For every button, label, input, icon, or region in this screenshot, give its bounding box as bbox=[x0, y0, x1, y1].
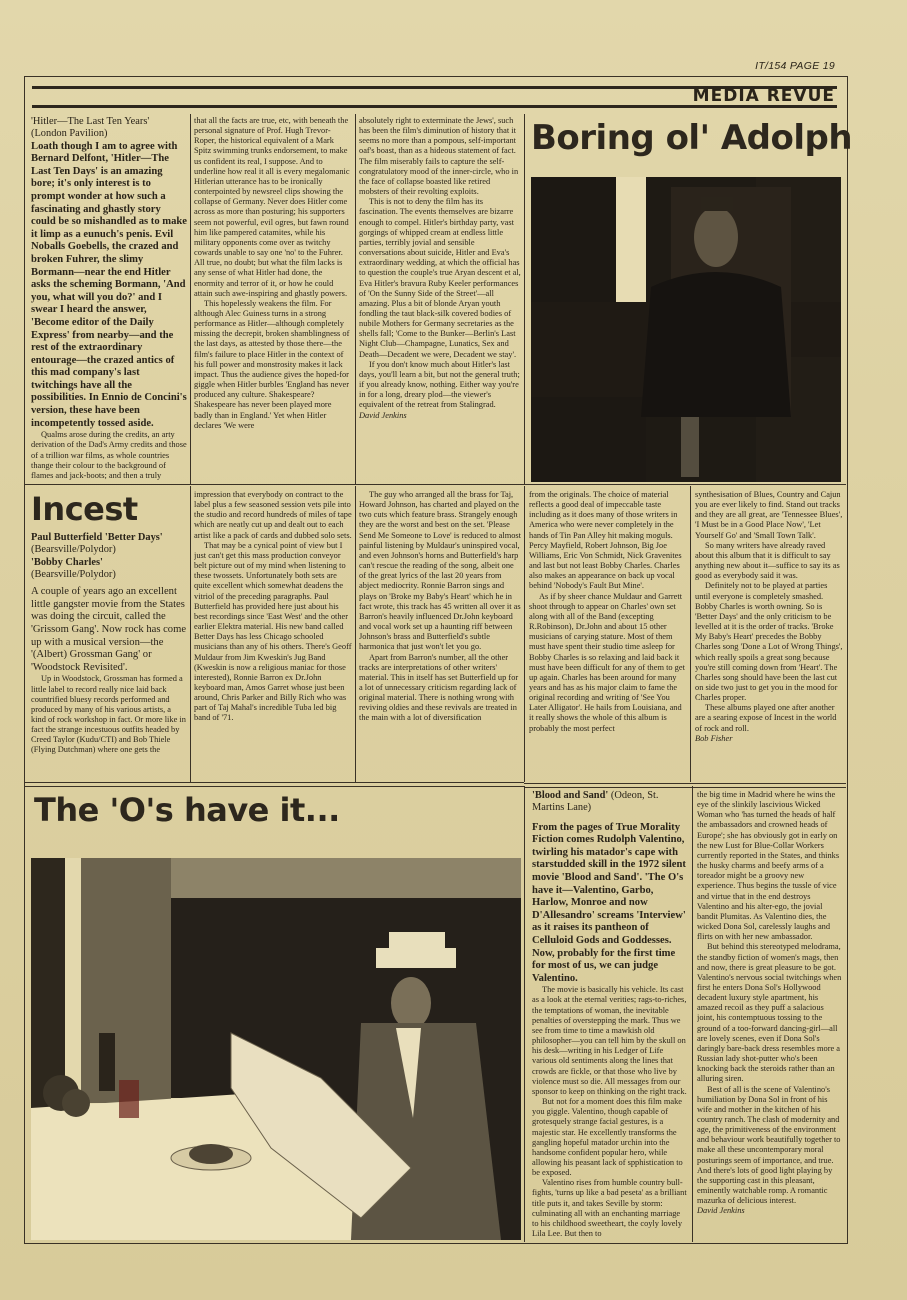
film-title: 'Hitler—The Last Ten Years' bbox=[31, 116, 187, 128]
body-paragraph: This is not to deny the film has its fas… bbox=[359, 197, 522, 360]
incest-col-3: The guy who arranged all the brass for T… bbox=[359, 490, 522, 780]
valentino-photo bbox=[31, 858, 521, 1240]
album-1-label: (Bearsville/Polydor) bbox=[31, 544, 187, 556]
valentino-col-2: the big time in Madrid where he wins the… bbox=[697, 790, 843, 1242]
body-paragraph: the big time in Madrid where he wins the… bbox=[697, 790, 843, 942]
byline: David Jenkins bbox=[697, 1206, 843, 1216]
column-divider bbox=[355, 486, 356, 782]
body-paragraph: Best of all is the scene of Valentino's … bbox=[697, 1085, 843, 1207]
column-divider bbox=[524, 786, 525, 1242]
headline-boring-ol-adolph: Boring ol' Adolph bbox=[531, 118, 852, 158]
column-divider bbox=[190, 114, 191, 484]
lead-paragraph: A couple of years ago an excellent littl… bbox=[31, 586, 187, 674]
incest-col-2: impression that everybody on contract to… bbox=[194, 490, 352, 780]
film-venue: (London Pavilion) bbox=[31, 128, 187, 140]
body-paragraph: So many writers have already raved about… bbox=[695, 541, 843, 582]
body-paragraph: Qualms arose during the credits, an arty… bbox=[31, 430, 187, 482]
hitler-photo bbox=[531, 177, 841, 482]
section-rule bbox=[24, 782, 524, 787]
body-paragraph: Valentino rises from humble country bull… bbox=[532, 1178, 688, 1239]
incest-col-1: Paul Butterfield 'Better Days' (Bearsvil… bbox=[31, 532, 187, 780]
page-number: IT/154 PAGE 19 bbox=[755, 60, 835, 72]
album-2-title: 'Bobby Charles' bbox=[31, 557, 103, 568]
column-divider bbox=[190, 486, 191, 782]
byline: Bob Fisher bbox=[695, 734, 843, 744]
lead-paragraph: From the pages of True Morality Fiction … bbox=[532, 822, 688, 986]
body-paragraph: impression that everybody on contract to… bbox=[194, 490, 352, 541]
album-list: Paul Butterfield 'Better Days' (Bearsvil… bbox=[31, 532, 187, 581]
body-paragraph: Definitely not to be played at parties u… bbox=[695, 581, 843, 703]
headline-incest: Incest bbox=[31, 490, 138, 528]
body-paragraph: The movie is basically his vehicle. Its … bbox=[532, 985, 688, 1097]
column-divider bbox=[690, 486, 691, 782]
body-paragraph: As if by sheer chance Muldaur and Garret… bbox=[529, 592, 687, 734]
album-1-title: Paul Butterfield 'Better Days' bbox=[31, 532, 163, 543]
section-masthead: MEDIA REVUE bbox=[693, 86, 835, 106]
section-rule bbox=[24, 484, 846, 485]
hitler-col-1: 'Hitler—The Last Ten Years' (London Pavi… bbox=[31, 116, 187, 482]
album-2-label: (Bearsville/Polydor) bbox=[31, 569, 116, 580]
valentino-col-1: 'Blood and Sand' (Odeon, St. Martins Lan… bbox=[532, 790, 688, 1242]
valentino-title-block: 'Blood and Sand' (Odeon, St. Martins Lan… bbox=[532, 790, 688, 815]
body-paragraph: But behind this stereotyped melodrama, t… bbox=[697, 942, 843, 1084]
body-paragraph: that all the facts are true, etc, with b… bbox=[194, 116, 352, 299]
headline-the-os-have-it: The 'O's have it... bbox=[34, 790, 340, 830]
body-paragraph: synthesisation of Blues, Country and Caj… bbox=[695, 490, 843, 541]
body-paragraph: But not for a moment does this film make… bbox=[532, 1097, 688, 1178]
valentino-newspaper-image bbox=[31, 858, 521, 1240]
incest-col-5: synthesisation of Blues, Country and Caj… bbox=[695, 490, 843, 782]
body-paragraph: That may be a cynical point of view but … bbox=[194, 541, 352, 724]
column-divider bbox=[692, 786, 693, 1242]
column-divider bbox=[524, 114, 525, 484]
body-paragraph: If you don't know much about Hitler's la… bbox=[359, 360, 522, 411]
body-paragraph: The guy who arranged all the brass for T… bbox=[359, 490, 522, 653]
body-paragraph: These albums played one after another ar… bbox=[695, 703, 843, 733]
body-paragraph: This hopelessly weakens the film. For al… bbox=[194, 299, 352, 431]
section-rule bbox=[524, 783, 846, 788]
hitler-col-3: absolutely right to exterminate the Jews… bbox=[359, 116, 522, 484]
body-paragraph: Up in Woodstock, Grossman has formed a l… bbox=[31, 674, 187, 755]
column-divider bbox=[355, 114, 356, 484]
swastika-portrait-image bbox=[531, 177, 841, 482]
hitler-title-block: 'Hitler—The Last Ten Years' (London Pavi… bbox=[31, 116, 187, 141]
body-paragraph: absolutely right to exterminate the Jews… bbox=[359, 116, 522, 197]
lead-paragraph: Loath though I am to agree with Bernard … bbox=[31, 141, 187, 431]
body-paragraph: Apart from Barron's number, all the othe… bbox=[359, 653, 522, 724]
film-title: 'Blood and Sand' bbox=[532, 790, 608, 801]
column-divider bbox=[524, 486, 525, 782]
incest-col-4: from the originals. The choice of materi… bbox=[529, 490, 687, 780]
byline: David Jenkins bbox=[359, 411, 522, 421]
hitler-col-2: that all the facts are true, etc, with b… bbox=[194, 116, 352, 482]
body-paragraph: from the originals. The choice of materi… bbox=[529, 490, 687, 592]
